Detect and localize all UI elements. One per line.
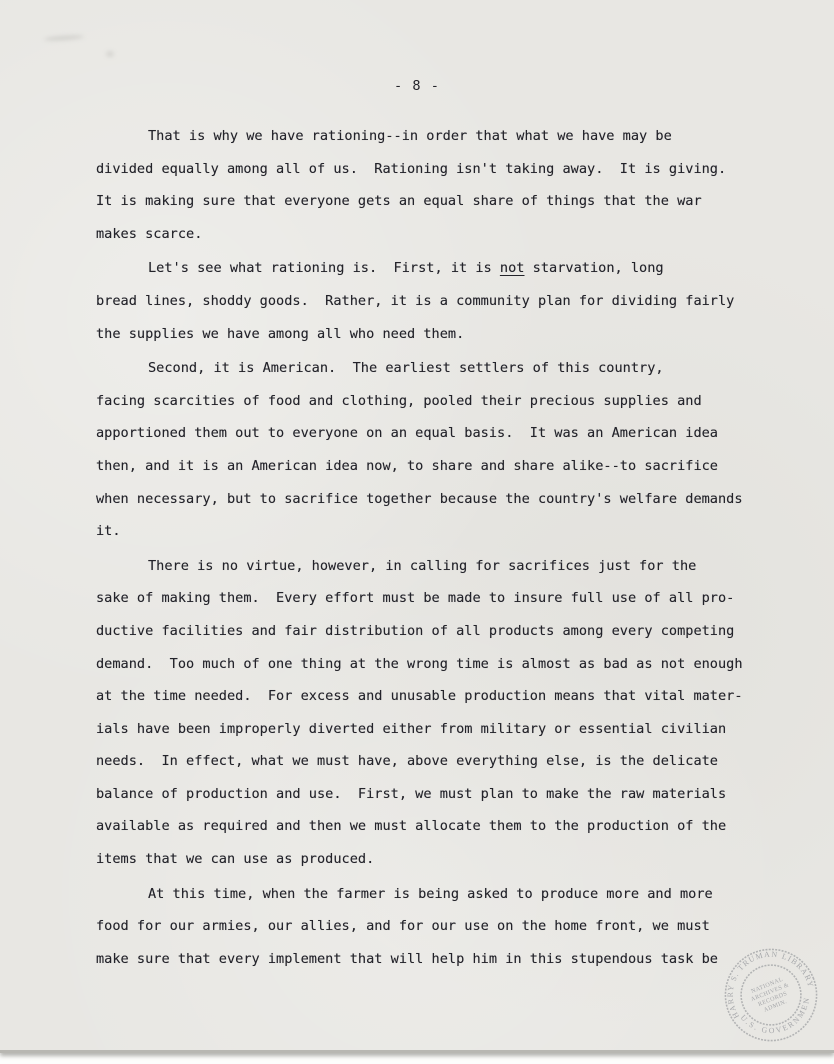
text-line: make sure that every implement that will… <box>96 943 766 976</box>
underlined-word: not <box>500 260 525 276</box>
text-line: when necessary, but to sacrifice togethe… <box>96 483 766 516</box>
text-line: Second, it is American. The earliest set… <box>96 352 766 385</box>
page-number: - 8 - <box>0 78 834 94</box>
text-line: ials have been improperly diverted eithe… <box>96 713 766 746</box>
text-line: items that we can use as produced. <box>96 843 766 876</box>
text-line: makes scarce. <box>96 218 766 251</box>
scanned-page: - 8 - That is why we have rationing--in … <box>0 0 834 1053</box>
text-line: facing scarcities of food and clothing, … <box>96 385 766 418</box>
text-line: sake of making them. Every effort must b… <box>96 582 766 615</box>
text-line: divided equally among all of us. Rationi… <box>96 153 766 186</box>
text-line: the supplies we have among all who need … <box>96 318 766 351</box>
text-line: needs. In effect, what we must have, abo… <box>96 745 766 778</box>
text-line: It is making sure that everyone gets an … <box>96 185 766 218</box>
paragraph-production-balance: There is no virtue, however, in calling … <box>96 550 766 876</box>
document-scan: - 8 - That is why we have rationing--in … <box>0 0 834 1064</box>
text-line: Let's see what rationing is. First, it i… <box>96 252 766 285</box>
text-line: it. <box>96 515 766 548</box>
paragraph-american-idea: Second, it is American. The earliest set… <box>96 352 766 548</box>
text-segment: starvation, long <box>524 260 663 276</box>
text-line: bread lines, shoddy goods. Rather, it is… <box>96 285 766 318</box>
text-line: At this time, when the farmer is being a… <box>96 878 766 911</box>
paragraph-farmer: At this time, when the farmer is being a… <box>96 878 766 976</box>
text-line: balance of production and use. First, we… <box>96 778 766 811</box>
text-segment: Let's see what rationing is. First, it i… <box>148 260 500 276</box>
paper-smudge <box>106 51 114 57</box>
text-line: ductive facilities and fair distribution… <box>96 615 766 648</box>
paper-smudge <box>44 35 84 42</box>
text-line: apportioned them out to everyone on an e… <box>96 417 766 450</box>
text-line: There is no virtue, however, in calling … <box>96 550 766 583</box>
text-line: demand. Too much of one thing at the wro… <box>96 648 766 681</box>
paragraph-what-rationing-is: Let's see what rationing is. First, it i… <box>96 252 766 350</box>
text-line: at the time needed. For excess and unusa… <box>96 680 766 713</box>
text-line: then, and it is an American idea now, to… <box>96 450 766 483</box>
paragraph-rationing-purpose: That is why we have rationing--in order … <box>96 120 766 250</box>
typed-body-text: That is why we have rationing--in order … <box>96 120 766 977</box>
text-line: available as required and then we must a… <box>96 810 766 843</box>
text-line: food for our armies, our allies, and for… <box>96 910 766 943</box>
text-line: That is why we have rationing--in order … <box>96 120 766 153</box>
